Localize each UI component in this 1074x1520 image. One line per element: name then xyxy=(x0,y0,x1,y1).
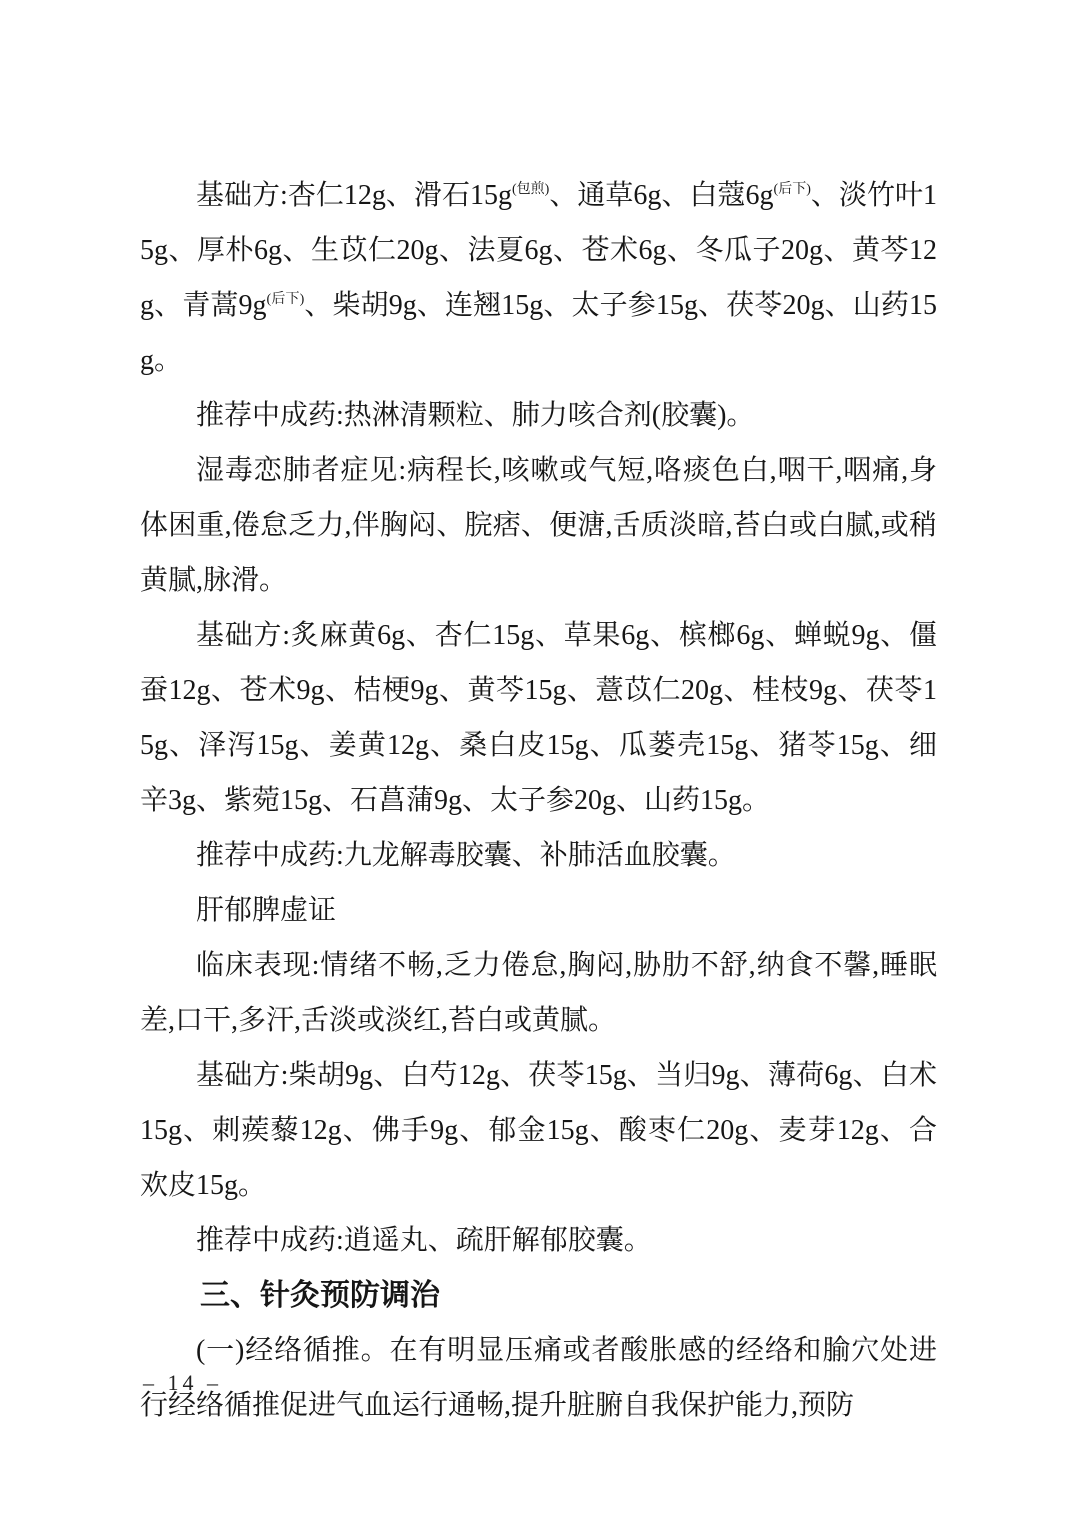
document-body: 基础方:杏仁12g、滑石15g(包煎)、通草6g、白蔻6g(后下)、淡竹叶15g… xyxy=(140,168,937,1433)
decoction-note-superscript: (后下) xyxy=(774,182,811,197)
recommended-patent-medicine-3: 推荐中成药:逍遥丸、疏肝解郁胶囊。 xyxy=(140,1213,937,1268)
document-page: 基础方:杏仁12g、滑石15g(包煎)、通草6g、白蔻6g(后下)、淡竹叶15g… xyxy=(0,0,1074,1520)
recommended-patent-medicine-1: 推荐中成药:热淋清颗粒、肺力咳合剂(胶囊)。 xyxy=(140,388,937,443)
page-number: – 14 – xyxy=(143,1370,222,1396)
syndrome-title-liver-depression: 肝郁脾虚证 xyxy=(140,883,937,938)
base-formula-damp-toxin: 基础方:炙麻黄6g、杏仁15g、草果6g、槟榔6g、蝉蜕9g、僵蚕12g、苍术9… xyxy=(140,608,937,828)
meridian-pushing-paragraph: (一)经络循推。在有明显压痛或者酸胀感的经络和腧穴处进行经络循推促进气血运行通畅… xyxy=(140,1323,937,1433)
decoction-note-superscript: (包煎) xyxy=(512,182,549,197)
base-formula-liver-depression: 基础方:柴胡9g、白芍12g、茯苓15g、当归9g、薄荷6g、白术15g、刺蒺藜… xyxy=(140,1048,937,1213)
section-heading-acupuncture: 三、针灸预防调治 xyxy=(140,1268,937,1323)
decoction-note-superscript: (后下) xyxy=(267,292,305,307)
base-formula-damp-heat: 基础方:杏仁12g、滑石15g(包煎)、通草6g、白蔻6g(后下)、淡竹叶15g… xyxy=(140,168,937,388)
clinical-manifestations: 临床表现:情绪不畅,乏力倦怠,胸闷,胁肋不舒,纳食不馨,睡眠差,口干,多汗,舌淡… xyxy=(140,938,937,1048)
damp-toxin-symptoms: 湿毒恋肺者症见:病程长,咳嗽或气短,咯痰色白,咽干,咽痛,身体困重,倦怠乏力,伴… xyxy=(140,443,937,608)
recommended-patent-medicine-2: 推荐中成药:九龙解毒胶囊、补肺活血胶囊。 xyxy=(140,828,937,883)
